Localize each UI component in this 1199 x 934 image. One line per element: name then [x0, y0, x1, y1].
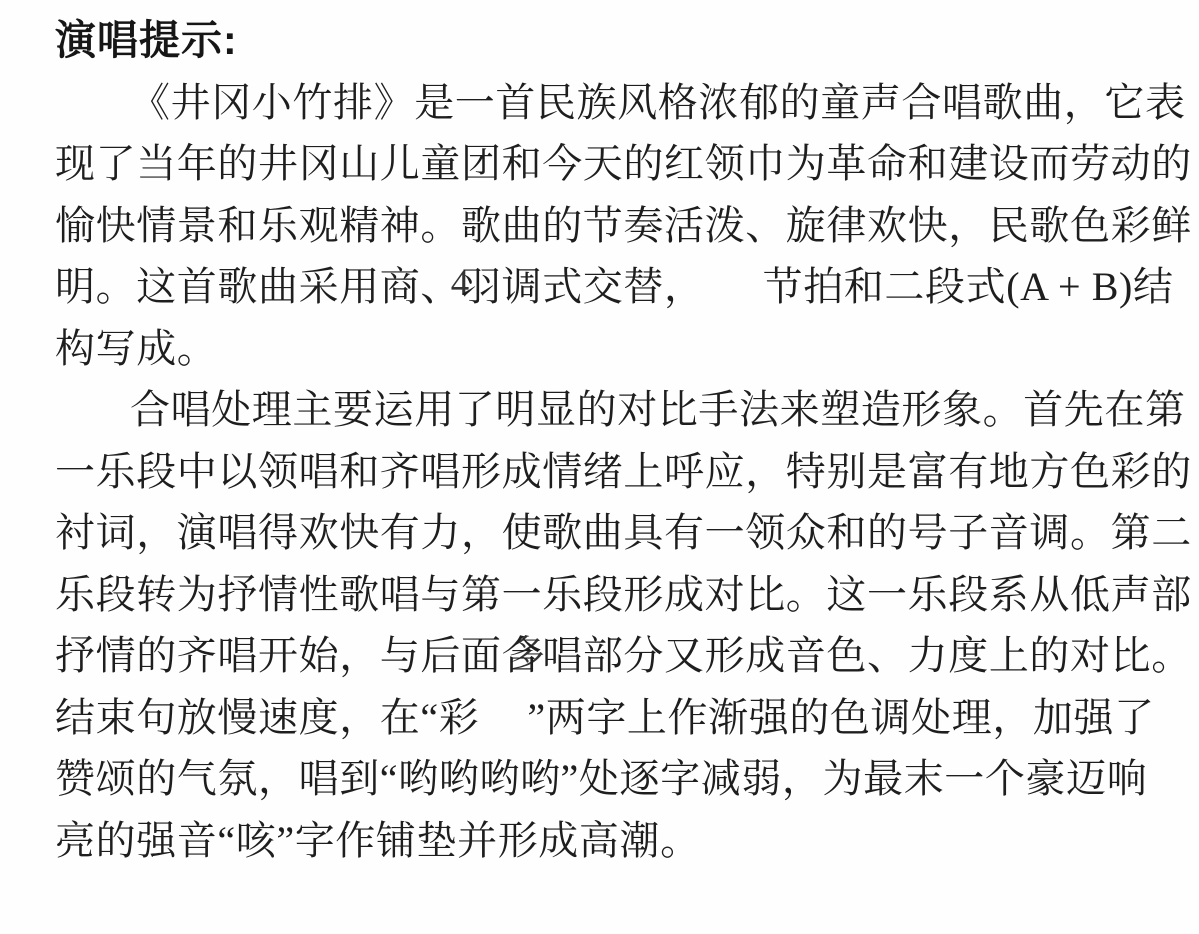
base-character: 羽 — [461, 264, 502, 309]
text-line: 《井冈小竹排》是一首民族风格浓郁的童声合唱歌曲，它表 — [55, 72, 1159, 134]
text-segment: ”两字上作渐强的色调处理，加强了 — [527, 695, 1154, 740]
text-segment: 明。这首歌曲采用商、 — [55, 264, 461, 309]
missing-glyph-gap — [479, 730, 527, 731]
text-line: 明。这首歌曲采用商、羽4调式交替，节拍和二段式(A + B)结 — [55, 256, 1159, 318]
paragraph-2: 合唱处理主要运用了明显的对比手法来塑造形象。首先在第 一乐段中以领唱和齐唱形成情… — [55, 379, 1159, 871]
text-line: 愉快情景和乐观精神。歌曲的节奏活泼、旋律欢快，民歌色彩鲜 — [55, 195, 1159, 257]
text-line: 现了当年的井冈山儿童团和今天的红领巾为革命和建设而劳动的 — [55, 133, 1159, 195]
text-line: 构写成。 — [55, 318, 1159, 380]
section-title: 演唱提示: — [55, 10, 1159, 72]
text-line: 衬词，演唱得欢快有力，使歌曲具有一领众和的号子音调。第二 — [55, 502, 1159, 564]
text-segment: 结束句放慢速度，在“彩 — [55, 695, 479, 740]
paragraph-1: 《井冈小竹排》是一首民族风格浓郁的童声合唱歌曲，它表 现了当年的井冈山儿童团和今… — [55, 72, 1159, 380]
text-segment: 节拍和二段式(A + B)结 — [763, 264, 1174, 309]
text-content: 演唱提示: 《井冈小竹排》是一首民族风格浓郁的童声合唱歌曲，它表 现了当年的井冈… — [55, 10, 1159, 871]
text-line: 一乐段中以领唱和齐唱形成情绪上呼应，特别是富有地方色彩的 — [55, 441, 1159, 503]
text-line: 结束句放慢速度，在“彩”两字上作渐强的色调处理，加强了 — [55, 687, 1159, 749]
text-segment: 抒情的齐唱开始，与后面 — [55, 633, 502, 678]
text-line: 抒情的齐唱开始，与后面合多唱部分又形成音色、力度上的对比。 — [55, 625, 1159, 687]
text-line: 赞颂的气氛，唱到“哟哟哟哟”处逐字减弱，为最末一个豪迈响 — [55, 748, 1159, 810]
text-segment: 调式交替， — [502, 264, 705, 309]
text-segment: 唱部分又形成音色、力度上的对比。 — [542, 633, 1192, 678]
missing-glyph-gap — [705, 299, 763, 300]
base-character: 合 — [502, 633, 543, 678]
document-page: 演唱提示: 《井冈小竹排》是一首民族风格浓郁的童声合唱歌曲，它表 现了当年的井冈… — [0, 0, 1199, 934]
overprinted-character: 羽4 — [461, 256, 502, 318]
text-line: 合唱处理主要运用了明显的对比手法来塑造形象。首先在第 — [55, 379, 1159, 441]
overprinted-character: 合多 — [502, 625, 543, 687]
text-line: 亮的强音“咳”字作铺垫并形成高潮。 — [55, 810, 1159, 872]
text-line: 乐段转为抒情性歌唱与第一乐段形成对比。这一乐段系从低声部 — [55, 564, 1159, 626]
